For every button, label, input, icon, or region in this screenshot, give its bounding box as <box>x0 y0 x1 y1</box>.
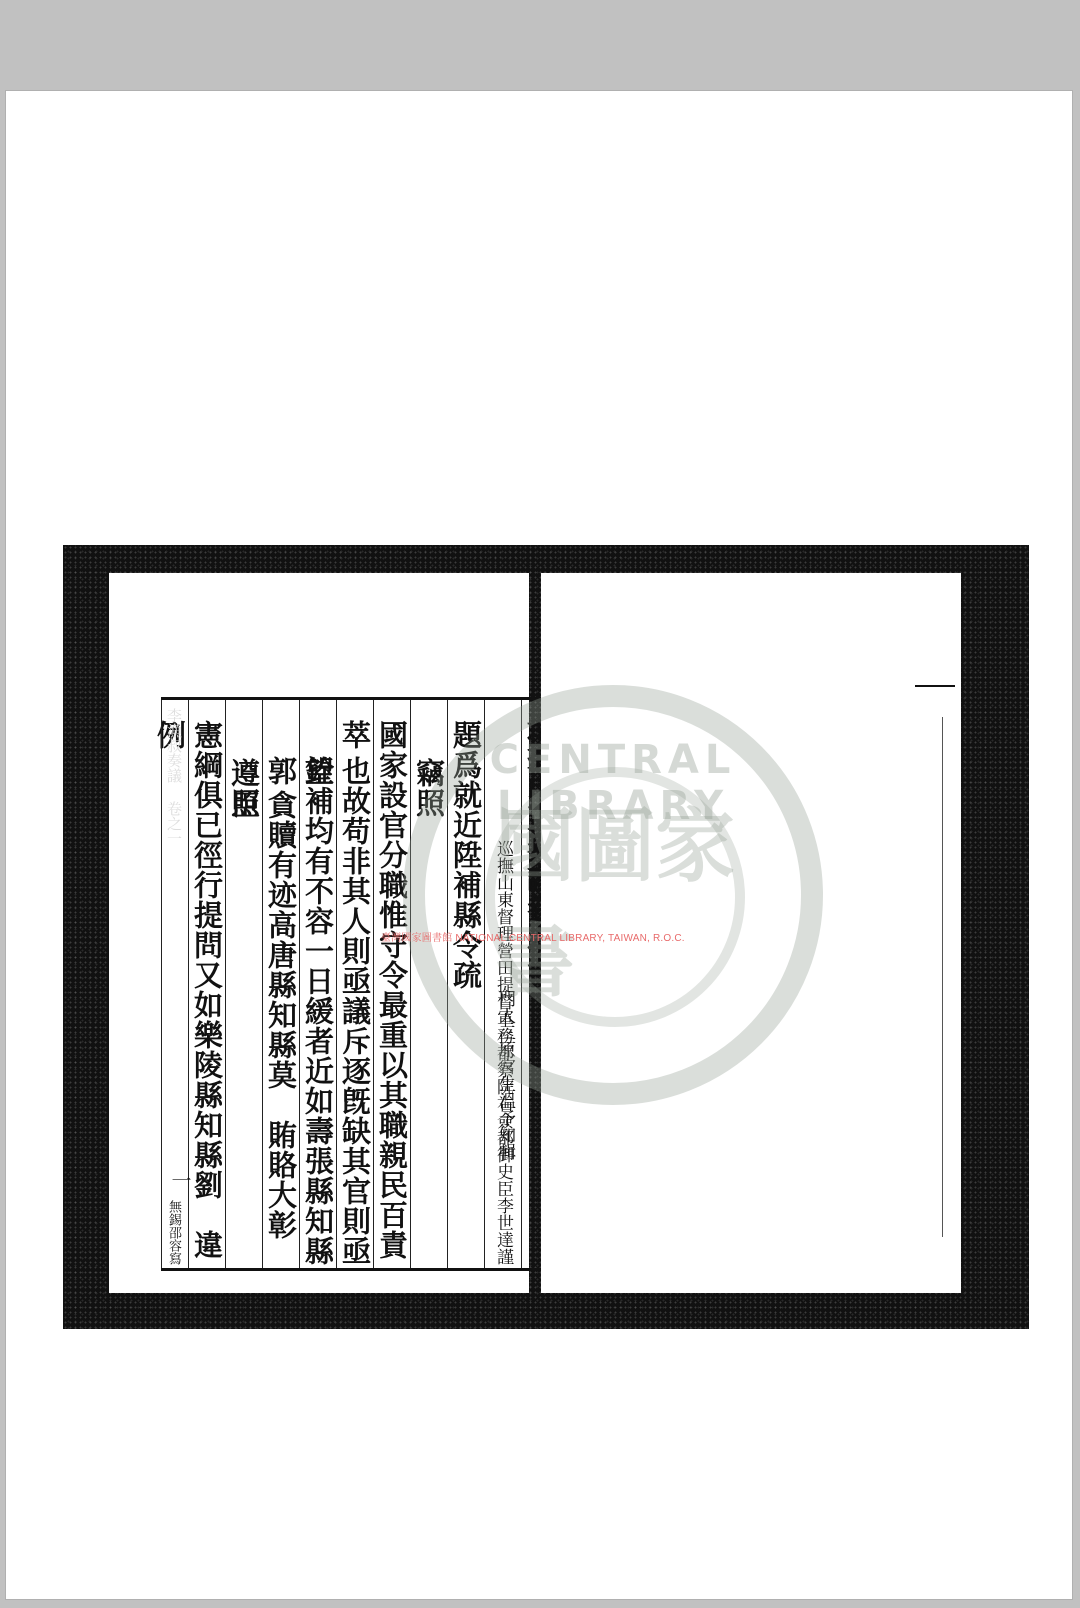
text-frame: 巡撫山東奏議卷之一 巡撫山東督理營田提督軍務都察院右僉都御史臣李世達謹 門人三原… <box>161 697 561 1271</box>
spine-title: 李漁叔奏議 卷之一 <box>164 708 185 846</box>
printer-note: 無錫邵容寫 <box>164 1200 183 1265</box>
text-column-2: 竊照 <box>410 700 447 1268</box>
scanned-book-spread: 巡撫山東奏議卷之一 巡撫山東督理營田提督軍務都察院右僉都御史臣李世達謹 門人三原… <box>63 545 1029 1329</box>
text-column-7: 遵照 <box>225 700 262 1268</box>
edge-line <box>942 717 943 1237</box>
credit-column: 巡撫山東督理營田提督軍務都察院右僉都御史臣李世達謹 <box>484 700 521 1268</box>
watermark-text: 臺灣國家圖書館 NATIONAL CENTRAL LIBRARY, TAIWAN… <box>381 929 685 944</box>
page-number: 一 <box>166 1170 195 1190</box>
text-column-5: 銓補均有不容一日緩者近如壽張縣知縣郭 <box>299 700 336 1268</box>
text-column-6: 貪贖有迹高唐縣知縣莫 賄賂大彰臣 <box>262 700 299 1268</box>
text-column-4: 也故苟非其人則亟議斥逐旣缺其官則亟望 <box>336 700 373 1268</box>
edge-rule <box>915 685 955 687</box>
document-viewer: 巡撫山東奏議卷之一 巡撫山東督理營田提督軍務都察院右僉都御史臣李世達謹 門人三原… <box>5 90 1073 1600</box>
editor-line: 門人三原宮生溫予知輯 <box>493 990 518 1160</box>
text-column-3: 國家設官分職惟守令最重以其職親民百責萃 <box>373 700 410 1268</box>
text-column-1: 題爲就近陞補縣令疏 <box>447 700 484 1268</box>
